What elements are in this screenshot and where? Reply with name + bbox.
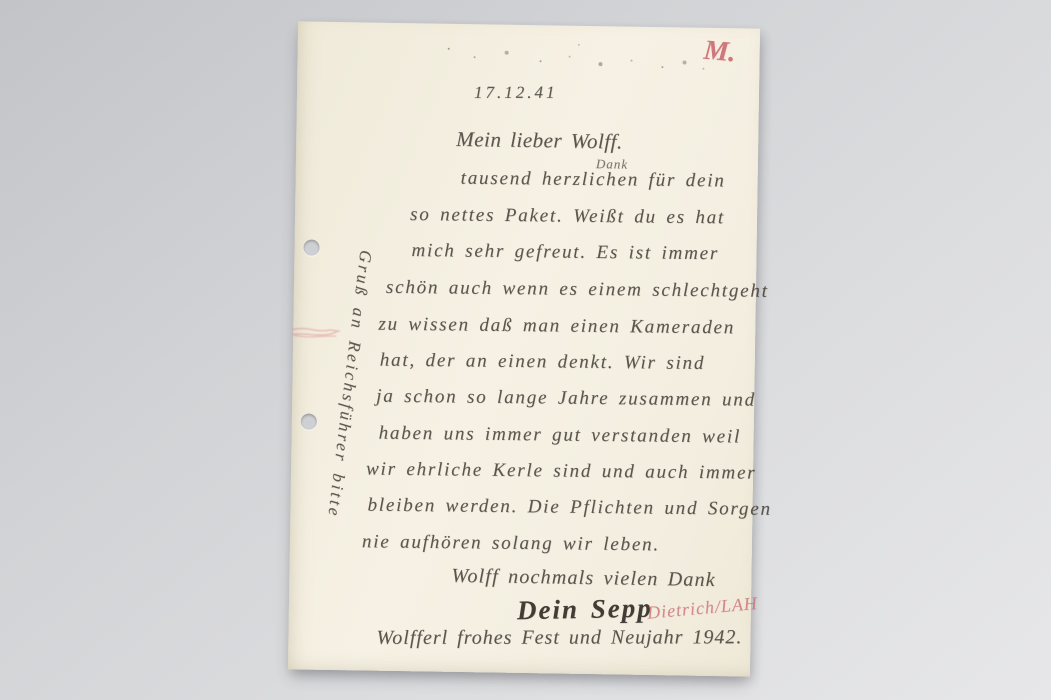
signature: Dein Sepp xyxy=(517,593,653,627)
body-line: hat, der an einen denkt. Wir sind xyxy=(380,350,706,375)
body-line: schön auch wenn es einem schlechtgeht xyxy=(386,277,769,303)
pencil-specks xyxy=(448,48,450,50)
body-line: bleiben werden. Die Pflichten und Sorgen xyxy=(367,495,772,521)
red-stamp xyxy=(290,324,344,341)
body-line: so nettes Paket. Weißt du es hat xyxy=(410,204,725,229)
body-line: ja schon so lange Jahre zusammen und xyxy=(376,386,756,412)
letter-date: 17.12.41 xyxy=(474,83,558,103)
body-line: haben uns immer gut verstanden weil xyxy=(379,423,742,449)
body-line: zu wissen daß man einen Kameraden xyxy=(378,314,735,340)
body-line: wir ehrliche Kerle sind und auch immer xyxy=(366,459,757,485)
body-line: nie aufhören solang wir leben. xyxy=(362,531,660,556)
punch-hole-top xyxy=(303,240,319,256)
punch-hole-bottom xyxy=(301,414,317,430)
collector-note: Dietrich/LAH xyxy=(646,593,758,624)
letter-paper: M. 17.12.41 Mein lieber Wolff. Dank taus… xyxy=(288,21,760,676)
photo-background: M. 17.12.41 Mein lieber Wolff. Dank taus… xyxy=(0,0,1051,700)
letter-salutation: Mein lieber Wolff. xyxy=(456,127,623,155)
closing-line: Wolff nochmals vielen Dank xyxy=(451,565,716,592)
body-line: tausend herzlichen für dein xyxy=(461,168,726,193)
body-line: mich sehr gefreut. Es ist immer xyxy=(411,240,719,265)
grading-mark: M. xyxy=(702,35,737,70)
postscript-line: Wolfferl frohes Fest und Neujahr 1942. xyxy=(376,626,742,650)
